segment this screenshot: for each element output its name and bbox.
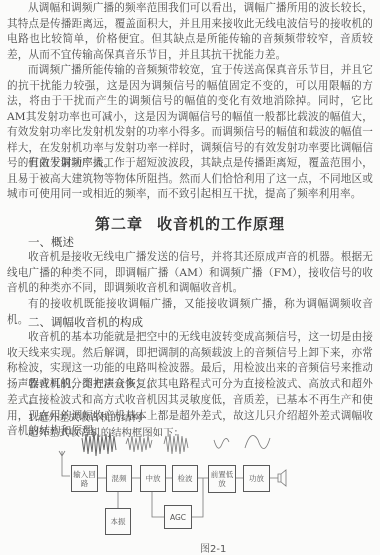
speaker-icon bbox=[278, 470, 286, 486]
waveform-if2-icon bbox=[164, 434, 188, 454]
chapter-name: 收音机的工作原理 bbox=[157, 215, 285, 233]
block-detector: 检波 bbox=[172, 465, 198, 492]
superhet-block-diagram: 输入回路 混频 中放 检波 前置低放 功放 本振 AGC bbox=[0, 430, 380, 530]
block-mixer: 混频 bbox=[106, 465, 132, 492]
document-page: 从调幅和调频广播的频率范围我们可以看出，调幅广播所用的波长较长，其特点是传播距离… bbox=[0, 0, 380, 555]
paragraph-fm-disadvantages: 但由于调频广播工作于超短波波段，其缺点是传播距离短，覆盖范围小，且易于被高大建筑… bbox=[7, 156, 373, 203]
block-input-circuit: 输入回路 bbox=[71, 465, 98, 492]
chapter-title: 第二章收音机的工作原理 bbox=[0, 213, 380, 234]
waveform-audio1-icon bbox=[214, 438, 229, 448]
block-preamp: 前置低放 bbox=[208, 465, 236, 493]
chapter-number: 第二章 bbox=[95, 215, 143, 233]
subheading-superhet-structure: 1.超外差式收音机的结构 bbox=[28, 409, 142, 424]
block-agc: AGC bbox=[164, 505, 192, 529]
block-power-amp: 功放 bbox=[243, 465, 270, 492]
waveform-if1-icon bbox=[126, 436, 152, 452]
section-heading-overview: 一、概述 bbox=[28, 234, 74, 250]
paragraph-overview: 收音机是接收无线电广播发送的信号，并将其还原成声音的机器。根据无线电广播的种类不… bbox=[7, 250, 373, 297]
block-local-oscillator: 本振 bbox=[105, 508, 131, 535]
section-heading-am-structure: 二、调幅收音机的构成 bbox=[28, 314, 143, 330]
figure-caption: 图2-1 bbox=[200, 540, 226, 555]
waveform-rf-icon bbox=[82, 432, 116, 456]
antenna-icon bbox=[59, 451, 70, 476]
block-if-amp: 中放 bbox=[140, 465, 166, 492]
paragraph-am-fm-intro: 从调幅和调频广播的频率范围我们可以看出，调幅广播所用的波长较长，其特点是传播距离… bbox=[7, 1, 373, 63]
waveform-audio2-icon bbox=[245, 436, 270, 449]
